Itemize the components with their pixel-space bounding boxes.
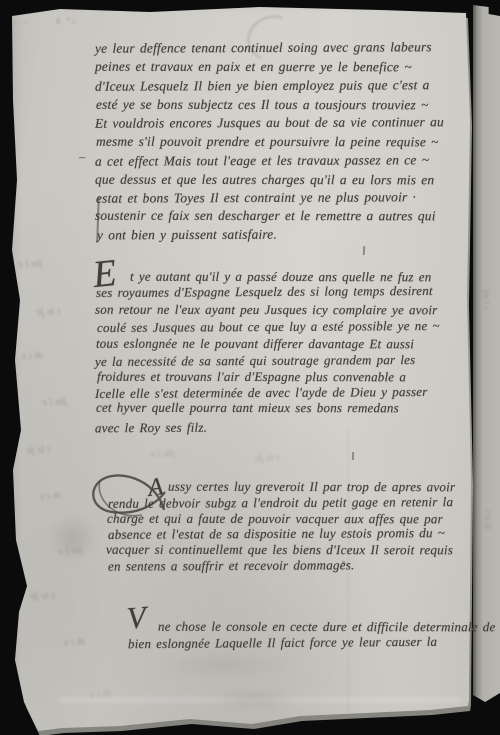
ink-tick xyxy=(352,452,354,460)
manuscript-line: froidures et trouvans l'air d'Espagne pl… xyxy=(97,369,406,386)
manuscript-line: que dessus et que les autres charges qu'… xyxy=(95,172,434,189)
manuscript-line: esté ye se bons subjectz ces Il tous a t… xyxy=(96,97,429,114)
manuscript-line: bien eslongnée Laquelle Il faict force y… xyxy=(128,634,437,652)
manuscript-line: ses royaumes d'Espagne Lesquelz des si l… xyxy=(96,283,433,301)
manuscript-line: absence et l'estat de sa dispositie ne l… xyxy=(108,525,445,543)
manuscript-line: estat et bons Toyes Il est contraint ye … xyxy=(96,189,416,206)
manuscript-line: d'Iceux Lesquelz Il bien ye bien employe… xyxy=(95,77,430,94)
ink-tick xyxy=(363,246,365,255)
margin-dash: – xyxy=(79,149,86,165)
manuscript-line: cet hyver quelle pourra tant mieux ses b… xyxy=(96,400,399,417)
scanned-manuscript-photo: ··· ñ °c ſm ĩ e t le ſe m̃ ı s ſm ĩ e t … xyxy=(0,0,500,735)
manuscript-line: son retour ne l'eux ayant peu Jusques ic… xyxy=(95,302,437,319)
manuscript-line: a cet effect Mais tout l'eage et les tra… xyxy=(95,152,429,169)
manuscript-line: rendu le debvoir subgz a l'endroit du pe… xyxy=(108,494,453,512)
handwriting-layer: ye leur deffence tenant continuel soing … xyxy=(0,0,500,735)
manuscript-line: avec le Roy ses filz. xyxy=(95,420,207,437)
manuscript-line: ne chose le console en cecte dure et dif… xyxy=(158,619,495,636)
manuscript-line: y ont bien y puissent satisfaire. xyxy=(97,227,277,244)
manuscript-line: Et vouldrois encores Jusques au bout de … xyxy=(95,114,444,132)
manuscript-line: peines et travaux en paix et en guerre y… xyxy=(95,59,412,76)
manuscript-line: en sentens a souffrir et recevoir dommag… xyxy=(108,557,355,574)
initial-letter: V xyxy=(125,599,147,637)
manuscript-line: ussy certes luy greveroit Il par trop de… xyxy=(168,479,455,496)
manuscript-line: ye la necessité de sa santé qui soutrage… xyxy=(95,352,415,370)
manuscript-line: ye leur deffence tenant continuel soing … xyxy=(95,39,432,56)
manuscript-line: vacquer si continuellemt que les biens d… xyxy=(106,542,453,559)
manuscript-line: soustenir ce faix sen descharger et le r… xyxy=(95,208,436,225)
manuscript-line: mesme s'il pouvoit prendre et poursuivre… xyxy=(96,134,439,151)
manuscript-line: tous eslongnée ne le pouvant differer da… xyxy=(96,336,414,353)
manuscript-line: coulé ses Jusques au bout ce que luy a e… xyxy=(97,318,440,336)
